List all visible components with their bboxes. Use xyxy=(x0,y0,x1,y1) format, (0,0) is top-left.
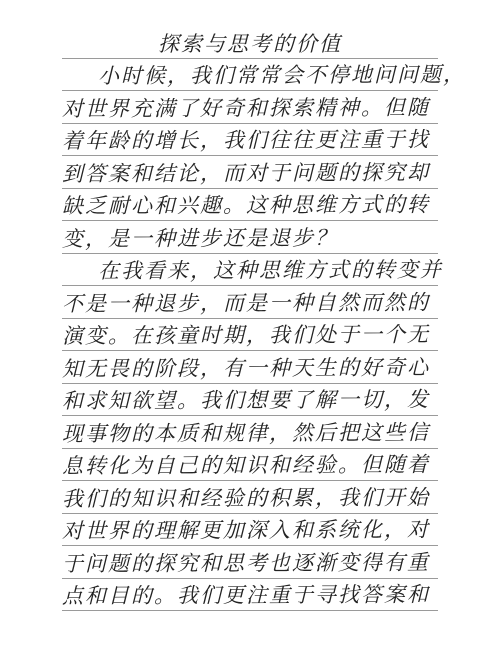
handwritten-line: 于问题的探究和思考也逐渐变得有重 xyxy=(62,546,438,579)
handwritten-line: 对世界充满了好奇和探索精神。但随 xyxy=(62,91,438,124)
handwritten-line: 息转化为自己的知识和经验。但随着 xyxy=(62,449,438,482)
handwritten-line: 到答案和结论，而对于问题的探究却 xyxy=(62,156,438,189)
line-text: 我们的知识和经验的积累，我们开始 xyxy=(62,487,430,513)
handwritten-line: 在我看来，这种思维方式的转变并 xyxy=(62,254,438,287)
essay-lines: 小时候，我们常常会不停地问问题，对世界充满了好奇和探索精神。但随着年龄的增长，我… xyxy=(62,59,438,612)
line-text: 知无畏的阶段，有一种天生的好奇心 xyxy=(62,357,430,383)
handwritten-line: 小时候，我们常常会不停地问问题， xyxy=(62,59,438,92)
line-text: 着年龄的增长，我们往往更注重于找 xyxy=(62,129,430,155)
handwritten-line: 变，是一种进步还是退步？ xyxy=(62,221,438,254)
line-text: 和求知欲望。我们想要了解一切，发 xyxy=(62,389,430,415)
line-text: 演变。在孩童时期，我们处于一个无 xyxy=(62,324,430,350)
line-text: 点和目的。我们更注重于寻找答案和 xyxy=(62,584,430,610)
line-text: 现事物的本质和规律，然后把这些信 xyxy=(62,422,430,448)
handwritten-line: 点和目的。我们更注重于寻找答案和 xyxy=(62,579,438,612)
handwritten-line: 和求知欲望。我们想要了解一切，发 xyxy=(62,384,438,417)
line-text: 息转化为自己的知识和经验。但随着 xyxy=(62,454,430,480)
handwritten-line: 对世界的理解更加深入和系统化，对 xyxy=(62,514,438,547)
handwritten-line: 我们的知识和经验的积累，我们开始 xyxy=(62,481,438,514)
essay-body: 探索与思考的价值 小时候，我们常常会不停地问问题，对世界充满了好奇和探索精神。但… xyxy=(62,26,438,611)
line-text: 小时候，我们常常会不停地问问题， xyxy=(98,64,466,90)
title-row: 探索与思考的价值 xyxy=(62,26,438,59)
line-text: 在我看来，这种思维方式的转变并 xyxy=(98,259,443,285)
handwritten-line: 缺乏耐心和兴趣。这种思维方式的转 xyxy=(62,189,438,222)
line-text: 于问题的探究和思考也逐渐变得有重 xyxy=(62,552,430,578)
line-text: 不是一种退步，而是一种自然而然的 xyxy=(62,292,430,318)
handwritten-line: 知无畏的阶段，有一种天生的好奇心 xyxy=(62,351,438,384)
essay-title: 探索与思考的价值 xyxy=(158,34,342,58)
line-text: 到答案和结论，而对于问题的探究却 xyxy=(62,162,430,188)
handwritten-line: 演变。在孩童时期，我们处于一个无 xyxy=(62,319,438,352)
handwritten-line: 着年龄的增长，我们往往更注重于找 xyxy=(62,124,438,157)
handwritten-line: 不是一种退步，而是一种自然而然的 xyxy=(62,286,438,319)
notebook-page: 探索与思考的价值 小时候，我们常常会不停地问问题，对世界充满了好奇和探索精神。但… xyxy=(0,0,500,652)
line-text: 变，是一种进步还是退步？ xyxy=(62,227,338,252)
line-text: 缺乏耐心和兴趣。这种思维方式的转 xyxy=(62,194,430,220)
handwritten-line: 现事物的本质和规律，然后把这些信 xyxy=(62,416,438,449)
line-text: 对世界的理解更加深入和系统化，对 xyxy=(62,519,430,545)
line-text: 对世界充满了好奇和探索精神。但随 xyxy=(62,97,430,123)
